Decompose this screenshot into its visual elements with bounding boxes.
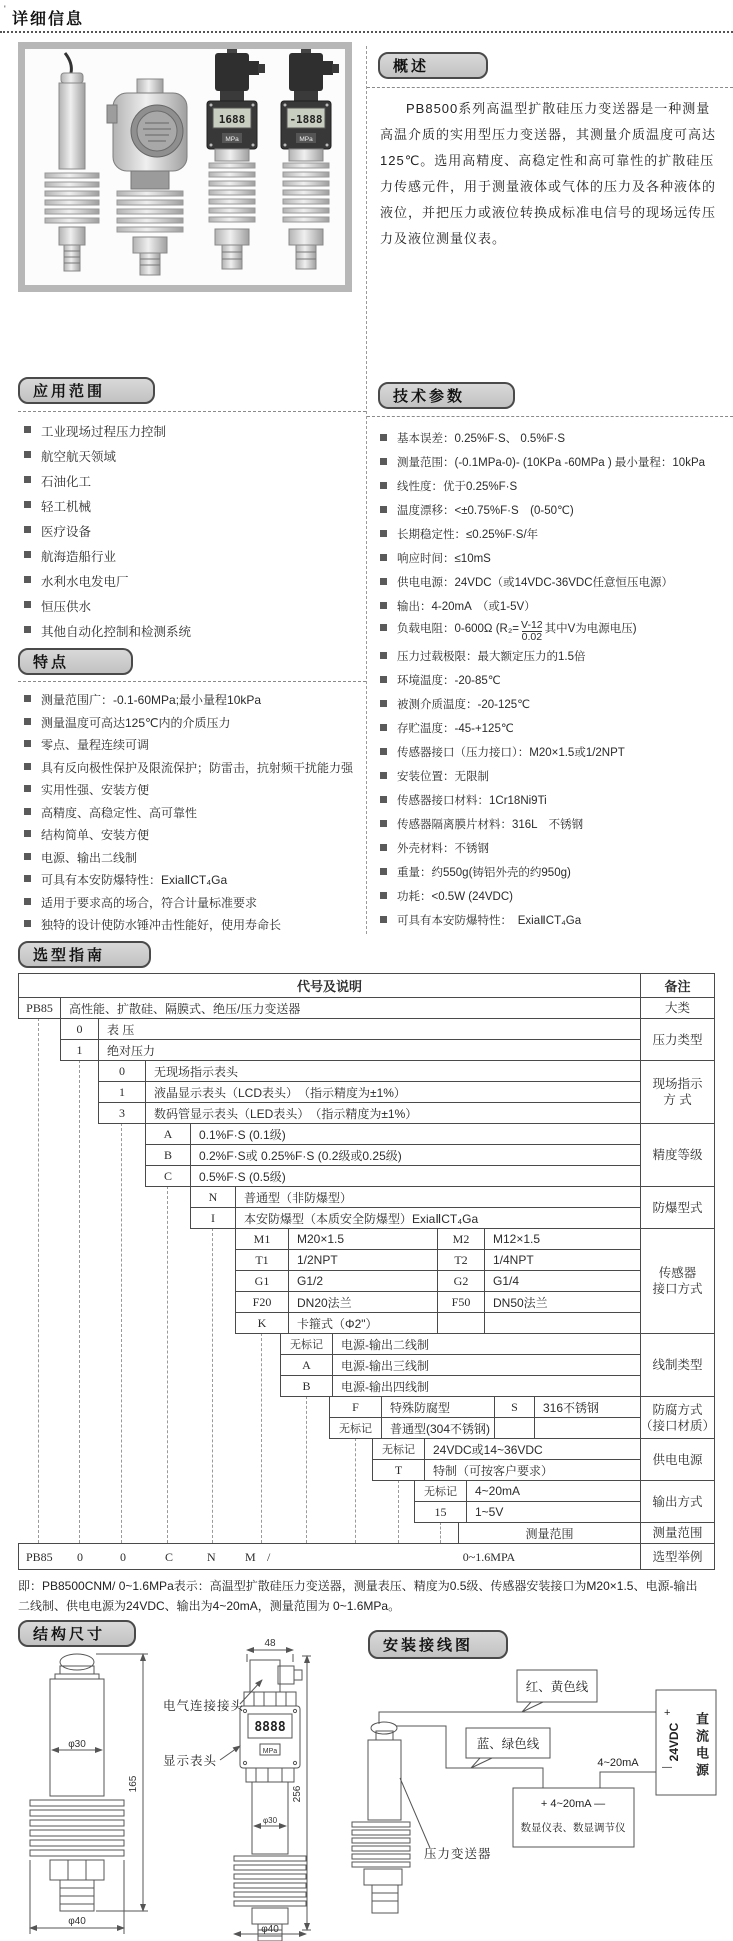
cell-code: B bbox=[145, 1144, 191, 1166]
supply-voltage-label: 24VDC bbox=[667, 1722, 681, 1761]
cell-desc: 316不锈钢 bbox=[534, 1396, 641, 1418]
cell-code: N bbox=[190, 1186, 236, 1208]
cell-code: T1 bbox=[235, 1249, 289, 1271]
features-divider bbox=[18, 681, 366, 682]
spec-item-label: 安装位置：无限制 bbox=[397, 768, 489, 784]
cell-desc: 0.5%F·S (0.5级) bbox=[190, 1165, 641, 1187]
remark-series: 大类 bbox=[640, 997, 715, 1019]
bullet-square-icon bbox=[24, 626, 31, 633]
cell-desc: 普通型(304不锈钢) bbox=[381, 1417, 495, 1439]
cell-code: M2 bbox=[437, 1228, 485, 1250]
section-heading-selection: 选型指南 bbox=[18, 941, 151, 968]
applications-list: 工业现场过程压力控制航空航天领域石油化工轻工机械医疗设备航海造船行业水利水电发电… bbox=[24, 422, 354, 647]
remark-power-supply: 供电电源 bbox=[640, 1438, 715, 1481]
spec-item: 环境温度：-20-85℃ bbox=[380, 672, 730, 688]
cell-desc: G1/4 bbox=[484, 1270, 641, 1292]
cell-desc: M20×1.5 bbox=[288, 1228, 438, 1250]
bullet-square-icon bbox=[24, 830, 31, 837]
cell-desc: DN20法兰 bbox=[288, 1291, 438, 1313]
callout-blue-label: 蓝、绿色线 bbox=[477, 1736, 540, 1751]
cell-desc: 电源-输出三线制 bbox=[332, 1354, 641, 1376]
product-photo-art: 1688 MPa -1888 MPa bbox=[25, 49, 345, 285]
bullet-square-icon bbox=[24, 601, 31, 608]
bullet-square-icon bbox=[380, 724, 387, 731]
spec-item-label: 温度漂移：<±0.75%F·S (0-50℃) bbox=[397, 502, 574, 518]
section-heading-specs: 技术参数 bbox=[378, 382, 515, 409]
bullet-square-icon bbox=[380, 458, 387, 465]
cell-empty bbox=[534, 1417, 641, 1439]
feature-item: 零点、量程连续可调 bbox=[24, 736, 364, 753]
example-code: PB85 bbox=[26, 1544, 53, 1570]
remark-sensor-interface: 传感器接口方式 bbox=[640, 1228, 715, 1334]
selection-note: 即：PB8500CNM/ 0~1.6MPa表示：高温型扩散硅压力变送器，测量表压… bbox=[18, 1576, 724, 1616]
application-item-label: 其他自动化控制和检测系统 bbox=[41, 622, 191, 640]
application-item: 工业现场过程压力控制 bbox=[24, 422, 354, 440]
meter-name-label: 数显仪表、数显调节仪 bbox=[521, 1821, 626, 1834]
drawing-lcd-value: 8888 bbox=[254, 1720, 285, 1735]
dimension-drawing-plain bbox=[30, 1654, 148, 1934]
spec-item: 重量：约550g(铸铝外壳的约950g) bbox=[380, 864, 730, 880]
leader-line bbox=[261, 1333, 262, 1543]
selection-note-line1: 即：PB8500CNM/ 0~1.6MPa表示：高温型扩散硅压力变送器，测量表压… bbox=[18, 1576, 724, 1596]
cell-desc: 电源-输出四线制 bbox=[332, 1375, 641, 1397]
column-divider bbox=[366, 46, 367, 934]
example-row: PB85 0 0 C N M / 0~1.6MPA bbox=[18, 1543, 641, 1570]
cell-desc: 液晶显示表头（LCD表头） （指示精度为±1%） bbox=[145, 1081, 641, 1103]
example-code: M bbox=[245, 1544, 256, 1570]
section-heading-overview: 概述 bbox=[378, 52, 488, 79]
section-heading-structure: 结构尺寸 bbox=[18, 1620, 136, 1647]
spec-item: 供电电源：24VDC（或14VDC-36VDC任意恒压电源） bbox=[380, 574, 730, 590]
application-item-label: 工业现场过程压力控制 bbox=[41, 422, 166, 440]
spec-item: 长期稳定性：≤0.25%F·S/年 bbox=[380, 526, 730, 542]
application-item-label: 石油化工 bbox=[41, 472, 91, 490]
leader-line bbox=[355, 1438, 356, 1543]
feature-item-label: 可具有本安防爆特性：ExiaⅡCT₄Ga bbox=[41, 871, 227, 888]
section-heading-wiring: 安装接线图 bbox=[368, 1630, 508, 1659]
feature-item: 适用于要求高的场合，符合计量标准要求 bbox=[24, 894, 364, 911]
display-unit-2: MPa bbox=[299, 136, 313, 143]
bullet-square-icon bbox=[380, 820, 387, 827]
spec-item-label: 长期稳定性：≤0.25%F·S/年 bbox=[397, 526, 538, 542]
spec-load-suffix: 其中V为电源电压) bbox=[545, 620, 637, 636]
cell-code: M1 bbox=[235, 1228, 289, 1250]
bullet-square-icon bbox=[24, 718, 31, 725]
load-resistor-fraction: V-12 0.02 bbox=[521, 620, 543, 643]
remark-accuracy: 精度等级 bbox=[640, 1123, 715, 1187]
spec-item-label: 输出：4-20mA （或1-5V） bbox=[397, 598, 536, 614]
spec-item: 传感器接口材料：1Cr18Ni9Ti bbox=[380, 792, 730, 808]
specs-list-b: 压力过载极限：最大额定压力的1.5倍环境温度：-20-85℃被测介质温度：-20… bbox=[380, 648, 730, 936]
cell-desc: 4~20mA bbox=[466, 1480, 641, 1502]
leader-line bbox=[79, 1060, 80, 1543]
feature-item: 具有反向极性保护及限流保护；防雷击，抗射频干扰能力强 bbox=[24, 759, 364, 776]
remark-wiring-system: 线制类型 bbox=[640, 1333, 715, 1397]
bullet-square-icon bbox=[24, 526, 31, 533]
table-header-remark: 备注 bbox=[640, 973, 715, 998]
cell-code: A bbox=[145, 1123, 191, 1145]
cell-desc: 0.1%F·S (0.1级) bbox=[190, 1123, 641, 1145]
cell-code: 1 bbox=[98, 1081, 146, 1103]
application-item: 轻工机械 bbox=[24, 497, 354, 515]
cell-code: F bbox=[329, 1396, 382, 1418]
leader-line bbox=[38, 1018, 39, 1543]
application-item: 石油化工 bbox=[24, 472, 354, 490]
cell-code: 无标记 bbox=[372, 1438, 425, 1460]
application-item-label: 航空航天领域 bbox=[41, 447, 116, 465]
spec-item: 压力过载极限：最大额定压力的1.5倍 bbox=[380, 648, 730, 664]
feature-item-label: 电源、输出二线制 bbox=[41, 849, 137, 866]
overview-divider bbox=[367, 87, 733, 88]
bullet-square-icon bbox=[24, 763, 31, 770]
bullet-square-icon bbox=[380, 554, 387, 561]
remark-indication: 现场指示方 式 bbox=[640, 1060, 715, 1124]
bullet-square-icon bbox=[380, 652, 387, 659]
supply-plus-sign: + bbox=[664, 1707, 670, 1719]
selection-table: 代号及说明 备注 PB85 高性能、扩散硅、隔膜式、绝压/压力变送器 大类 0 … bbox=[18, 973, 715, 1569]
bullet-square-icon bbox=[24, 476, 31, 483]
leader-line bbox=[167, 1186, 168, 1543]
remark-pressure-type: 压力类型 bbox=[640, 1018, 715, 1061]
application-item: 航空航天领域 bbox=[24, 447, 354, 465]
bullet-square-icon bbox=[24, 920, 31, 927]
feature-item-label: 高精度、高稳定性、高可靠性 bbox=[41, 804, 197, 821]
cell-desc: 普通型（非防爆型） bbox=[235, 1186, 641, 1208]
remark-explosion-proof: 防爆型式 bbox=[640, 1186, 715, 1229]
section-heading-applications: 应用范围 bbox=[18, 377, 155, 404]
bullet-square-icon bbox=[380, 506, 387, 513]
wire-blue-green bbox=[396, 1726, 543, 1788]
spec-item: 安装位置：无限制 bbox=[380, 768, 730, 784]
feature-item: 高精度、高稳定性、高可靠性 bbox=[24, 804, 364, 821]
bullet-square-icon bbox=[24, 898, 31, 905]
spec-item-label: 重量：约550g(铸铝外壳的约950g) bbox=[397, 864, 571, 880]
spec-item: 输出：4-20mA （或1-5V） bbox=[380, 598, 730, 614]
spec-item-label: 传感器接口（压力接口）：M20×1.5或1/2NPT bbox=[397, 744, 625, 760]
spec-item-label: 功耗：<0.5W (24VDC) bbox=[397, 888, 513, 904]
dotted-divider bbox=[0, 31, 733, 33]
meter-box bbox=[513, 1788, 634, 1847]
cell-code: 3 bbox=[98, 1102, 146, 1124]
cell-desc: 表 压 bbox=[98, 1018, 641, 1040]
feature-item-label: 独特的设计使防水锤冲击性能好，使用寿命长 bbox=[41, 916, 281, 933]
leader-line bbox=[398, 1480, 399, 1543]
feature-item: 测量范围广：-0.1-60MPa;最小量程10kPa bbox=[24, 691, 364, 708]
spec-item-label: 传感器接口材料：1Cr18Ni9Ti bbox=[397, 792, 547, 808]
bullet-square-icon bbox=[380, 434, 387, 441]
cell-code: 无标记 bbox=[280, 1333, 333, 1355]
wire-red-yellow bbox=[379, 1712, 656, 1724]
callout-red-label: 红、黄色线 bbox=[526, 1679, 589, 1694]
bullet-square-icon bbox=[24, 451, 31, 458]
application-item-label: 医疗设备 bbox=[41, 522, 91, 540]
cell-desc: 绝对压力 bbox=[98, 1039, 641, 1061]
cell-desc: 1/2NPT bbox=[288, 1249, 438, 1271]
feature-item-label: 测量范围广：-0.1-60MPa;最小量程10kPa bbox=[41, 691, 261, 708]
cell-code: I bbox=[190, 1207, 236, 1229]
application-item: 航海造船行业 bbox=[24, 547, 354, 565]
bullet-square-icon bbox=[24, 808, 31, 815]
page-title: 详细信息 bbox=[12, 6, 84, 29]
cell-desc: 无现场指示表头 bbox=[145, 1060, 641, 1082]
cell-code: T2 bbox=[437, 1249, 485, 1271]
cell-code: K bbox=[235, 1312, 289, 1334]
spec-item: 基本误差：0.25%F·S、 0.5%F·S bbox=[380, 430, 730, 446]
bullet-square-icon bbox=[24, 426, 31, 433]
spec-item-label: 被测介质温度：-20-125℃ bbox=[397, 696, 530, 712]
bullet-square-icon bbox=[380, 482, 387, 489]
spec-item-label: 基本误差：0.25%F·S、 0.5%F·S bbox=[397, 430, 565, 446]
cell-code: 1 bbox=[60, 1039, 99, 1061]
cell-code: 0 bbox=[98, 1060, 146, 1082]
bullet-square-icon bbox=[24, 695, 31, 702]
spec-item: 功耗：<0.5W (24VDC) bbox=[380, 888, 730, 904]
fraction-numerator: V-12 bbox=[521, 620, 543, 631]
feature-item-label: 实用性强、安装方便 bbox=[41, 781, 149, 798]
cell-desc: 特制（可按客户要求） bbox=[424, 1459, 641, 1481]
overview-paragraph: PB8500系列高温型扩散硅压力变送器是一种测量高温介质的实用型压力变送器，其测… bbox=[380, 96, 724, 252]
feature-item: 电源、输出二线制 bbox=[24, 849, 364, 866]
leader-line bbox=[121, 1123, 122, 1543]
spec-item-label: 线性度：优于0.25%F·S bbox=[397, 478, 517, 494]
remark-anticorrosion: 防腐方式（接口材质） bbox=[640, 1396, 715, 1439]
feature-item: 独特的设计使防水锤冲击性能好，使用寿命长 bbox=[24, 916, 364, 933]
spec-item-label: 响应时间：≤10mS bbox=[397, 550, 491, 566]
application-item-label: 水利水电发电厂 bbox=[41, 572, 129, 590]
bullet-square-icon bbox=[380, 676, 387, 683]
dim-165-label: 165 bbox=[128, 1775, 139, 1792]
label-electrical-connector: 电气连接接头 bbox=[163, 1698, 244, 1713]
spec-item-label: 压力过载极限：最大额定压力的1.5倍 bbox=[397, 648, 586, 664]
table-header-desc: 代号及说明 bbox=[18, 973, 641, 998]
spec-item-label: 存贮温度：-45-+125℃ bbox=[397, 720, 514, 736]
bullet-square-icon bbox=[380, 916, 387, 923]
label-display-head: 显示表头 bbox=[163, 1753, 217, 1768]
remark-example: 选型举例 bbox=[640, 1543, 715, 1570]
spec-item-label: 可具有本安防爆特性： ExiaⅡCT₄Ga bbox=[397, 912, 581, 928]
dim-d30-label: φ30 bbox=[68, 1739, 86, 1750]
feature-item-label: 结构简单、安装方便 bbox=[41, 826, 149, 843]
current-loop-label: 4~20mA bbox=[597, 1757, 639, 1769]
cell-code: T bbox=[372, 1459, 425, 1481]
spec-load-prefix: 负载电阻：0-600Ω (R₂= bbox=[397, 620, 519, 636]
cell-code: B bbox=[280, 1375, 333, 1397]
spec-item: 测量范围：(-0.1MPa-0)- (10KPa -60MPa ) 最小量程：1… bbox=[380, 454, 730, 470]
cell-range: 测量范围 bbox=[458, 1522, 641, 1544]
specs-divider bbox=[367, 416, 733, 417]
feature-item: 可具有本安防爆特性：ExiaⅡCT₄Ga bbox=[24, 871, 364, 888]
section-heading-features: 特点 bbox=[18, 648, 133, 675]
cell-desc: 0.2%F·S或 0.25%F·S (0.2级或0.25级) bbox=[190, 1144, 641, 1166]
cell-code: 15 bbox=[414, 1501, 467, 1523]
supply-name-label: 直流电源 bbox=[692, 1712, 711, 1792]
cell-code: 0 bbox=[60, 1018, 99, 1040]
display-value-1: 1688 bbox=[219, 113, 246, 126]
cell-desc: DN50法兰 bbox=[484, 1291, 641, 1313]
cell-series-code: PB85 bbox=[18, 997, 61, 1019]
example-code: 0 bbox=[77, 1544, 83, 1570]
display-unit-1: MPa bbox=[225, 136, 239, 143]
selection-note-line2: 二线制、供电电源为24VDC、输出为4~20mA，测量范围为 0~1.6MPa。 bbox=[18, 1596, 724, 1616]
bullet-square-icon bbox=[24, 740, 31, 747]
wire-4-20ma bbox=[600, 1772, 656, 1788]
cell-desc: 卡箍式（Φ2"） bbox=[288, 1312, 438, 1334]
leader-line bbox=[212, 1228, 213, 1543]
feature-item-label: 测量温度可高达125℃内的介质压力 bbox=[41, 714, 231, 731]
bullet-square-icon bbox=[24, 551, 31, 558]
feature-item: 结构简单、安装方便 bbox=[24, 826, 364, 843]
dim-d30b-label: φ30 bbox=[263, 1816, 278, 1825]
application-item: 医疗设备 bbox=[24, 522, 354, 540]
feature-item-label: 具有反向极性保护及限流保护；防雷击，抗射频干扰能力强 bbox=[41, 759, 353, 776]
spec-item-label: 传感器隔离膜片材料：316L 不锈钢 bbox=[397, 816, 583, 832]
cell-code: A bbox=[280, 1354, 333, 1376]
wiring-diagram bbox=[352, 1670, 716, 1913]
leader-line bbox=[306, 1396, 307, 1543]
features-list: 测量范围广：-0.1-60MPa;最小量程10kPa测量温度可高达125℃内的介… bbox=[24, 691, 364, 939]
fraction-denominator: 0.02 bbox=[522, 631, 542, 643]
product-photo: 1688 MPa -1888 MPa bbox=[18, 42, 352, 292]
drawings-canvas: φ30 165 φ40 48 256 φ30 φ40 8888 MPa 电气连接… bbox=[0, 1618, 733, 1941]
bullet-square-icon bbox=[24, 576, 31, 583]
feature-item-label: 适用于要求高的场合，符合计量标准要求 bbox=[41, 894, 257, 911]
transmitter-label: 压力变送器 bbox=[424, 1846, 492, 1861]
spec-item: 可具有本安防爆特性： ExiaⅡCT₄Ga bbox=[380, 912, 730, 928]
spec-item: 外壳材料：不锈钢 bbox=[380, 840, 730, 856]
bullet-square-icon bbox=[380, 844, 387, 851]
cell-empty bbox=[437, 1312, 485, 1334]
spec-item: 响应时间：≤10mS bbox=[380, 550, 730, 566]
spec-item-label: 环境温度：-20-85℃ bbox=[397, 672, 501, 688]
cell-desc: 24VDC或14~36VDC bbox=[424, 1438, 641, 1460]
cell-desc: 电源-输出二线制 bbox=[332, 1333, 641, 1355]
transmitter-photo-1 bbox=[45, 53, 99, 271]
bullet-square-icon bbox=[380, 578, 387, 585]
spec-item: 温度漂移：<±0.75%F·S (0-50℃) bbox=[380, 502, 730, 518]
spec-item: 传感器接口（压力接口）：M20×1.5或1/2NPT bbox=[380, 744, 730, 760]
spec-load-resistor-row: 负载电阻：0-600Ω (R₂= V-12 0.02 其中V为电源电压) bbox=[380, 620, 730, 651]
cell-series-desc: 高性能、扩散硅、隔膜式、绝压/压力变送器 bbox=[60, 997, 641, 1019]
transmitter-photo-2 bbox=[107, 79, 187, 275]
bullet-square-icon bbox=[380, 892, 387, 899]
drawing-lcd-unit: MPa bbox=[263, 1748, 278, 1755]
supply-minus-sign: — bbox=[662, 1762, 672, 1773]
cell-desc: 1~5V bbox=[466, 1501, 641, 1523]
remark-output: 输出方式 bbox=[640, 1480, 715, 1523]
cell-code: F20 bbox=[235, 1291, 289, 1313]
bullet-square-icon bbox=[24, 875, 31, 882]
bullet-square-icon bbox=[380, 624, 387, 631]
example-range: 0~1.6MPA bbox=[369, 1544, 609, 1570]
bullet-square-icon bbox=[380, 700, 387, 707]
bullet-square-icon bbox=[380, 772, 387, 779]
title-mark: ' bbox=[4, 4, 6, 14]
spec-item-label: 测量范围：(-0.1MPa-0)- (10KPa -60MPa ) 最小量程：1… bbox=[397, 454, 705, 470]
application-item: 其他自动化控制和检测系统 bbox=[24, 622, 354, 640]
spec-item: 存贮温度：-45-+125℃ bbox=[380, 720, 730, 736]
datasheet-page: ' 详细信息 bbox=[0, 0, 733, 1941]
application-item: 恒压供水 bbox=[24, 597, 354, 615]
dim-d40-label: φ40 bbox=[68, 1916, 86, 1927]
cell-desc: 数码管显示表头（LED表头） （指示精度为±1%） bbox=[145, 1102, 641, 1124]
cell-desc: 1/4NPT bbox=[484, 1249, 641, 1271]
spec-item: 传感器隔离膜片材料：316L 不锈钢 bbox=[380, 816, 730, 832]
cell-code: G1 bbox=[235, 1270, 289, 1292]
dim-d40b-label: φ40 bbox=[261, 1924, 279, 1935]
bullet-square-icon bbox=[380, 602, 387, 609]
transmitter-photo-4: -1888 MPa bbox=[281, 49, 339, 269]
cell-desc: M12×1.5 bbox=[484, 1228, 641, 1250]
feature-item: 实用性强、安装方便 bbox=[24, 781, 364, 798]
cell-empty bbox=[484, 1312, 641, 1334]
spec-item-label: 外壳材料：不锈钢 bbox=[397, 840, 489, 856]
display-value-2: -1888 bbox=[289, 113, 322, 126]
example-code: N bbox=[207, 1544, 216, 1570]
example-code: C bbox=[165, 1544, 173, 1570]
bullet-square-icon bbox=[24, 785, 31, 792]
dim-256-label: 256 bbox=[292, 1785, 303, 1802]
example-code: / bbox=[267, 1544, 270, 1570]
spec-item: 被测介质温度：-20-125℃ bbox=[380, 696, 730, 712]
bullet-square-icon bbox=[24, 853, 31, 860]
applications-divider bbox=[18, 411, 366, 412]
example-code: 0 bbox=[120, 1544, 126, 1570]
bullet-square-icon bbox=[380, 530, 387, 537]
application-item-label: 轻工机械 bbox=[41, 497, 91, 515]
feature-item: 测量温度可高达125℃内的介质压力 bbox=[24, 714, 364, 731]
transmitter-photo-3: 1688 MPa bbox=[207, 49, 265, 269]
cell-desc: 本安防爆型（本质安全防爆型）ExiaⅡCT₄Ga bbox=[235, 1207, 641, 1229]
application-item: 水利水电发电厂 bbox=[24, 572, 354, 590]
cell-code: 无标记 bbox=[414, 1480, 467, 1502]
bullet-square-icon bbox=[24, 501, 31, 508]
remark-range: 测量范围 bbox=[640, 1522, 715, 1544]
spec-item-label: 供电电源：24VDC（或14VDC-36VDC任意恒压电源） bbox=[397, 574, 673, 590]
cell-code: S bbox=[494, 1396, 535, 1418]
application-item-label: 恒压供水 bbox=[41, 597, 91, 615]
feature-item-label: 零点、量程连续可调 bbox=[41, 736, 149, 753]
meter-terminals-label: + 4~20mA — bbox=[541, 1798, 605, 1810]
cell-empty bbox=[494, 1417, 535, 1439]
bullet-square-icon bbox=[380, 796, 387, 803]
leader-line bbox=[440, 1522, 441, 1543]
cell-code: F50 bbox=[437, 1291, 485, 1313]
spec-item: 线性度：优于0.25%F·S bbox=[380, 478, 730, 494]
dim-48-label: 48 bbox=[264, 1638, 276, 1649]
cell-desc: 特殊防腐型 bbox=[381, 1396, 495, 1418]
cell-code: G2 bbox=[437, 1270, 485, 1292]
cell-code: 无标记 bbox=[329, 1417, 382, 1439]
application-item-label: 航海造船行业 bbox=[41, 547, 116, 565]
bullet-square-icon bbox=[380, 748, 387, 755]
cell-code: C bbox=[145, 1165, 191, 1187]
bullet-square-icon bbox=[380, 868, 387, 875]
specs-list-a: 基本误差：0.25%F·S、 0.5%F·S测量范围：(-0.1MPa-0)- … bbox=[380, 430, 730, 622]
cell-desc: G1/2 bbox=[288, 1270, 438, 1292]
